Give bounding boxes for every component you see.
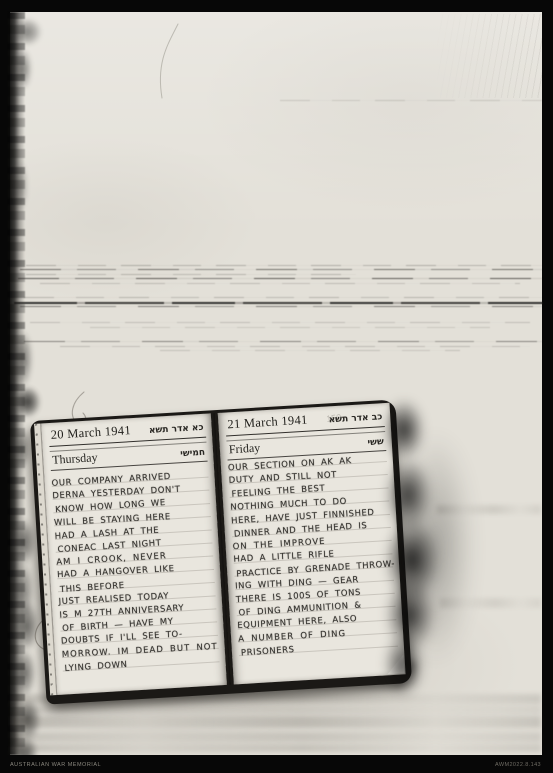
handwriting-left: OUR COMPANY ARRIVED DERNA YESTERDAY DON'… — [51, 469, 219, 676]
scan-frame: 20 March 1941 כא אדר תשא Thursday חמישי … — [0, 0, 553, 773]
photocopy-streak — [14, 302, 543, 304]
photocopy-streak — [18, 278, 543, 279]
toner-blob — [13, 518, 36, 566]
ghost-mark: 150 — [326, 412, 342, 424]
toner-blob — [12, 18, 42, 46]
photocopy-streak — [24, 297, 543, 298]
handwriting-right: OUR SECTION ON AK AK DUTY AND STILL NOT … — [228, 453, 398, 660]
photocopy-streak — [418, 14, 542, 98]
hebrew-date-left: כא אדר תשא — [149, 423, 204, 436]
toner-blob — [13, 648, 36, 698]
photocopy-streak — [40, 283, 520, 284]
hebrew-day-left: חמישי — [180, 448, 205, 459]
toner-band — [12, 732, 541, 742]
photocopy-streak — [280, 100, 542, 101]
diary-page-right: 21 March 1941 כב אדר תשא 150 Friday ששי … — [218, 403, 406, 685]
photocopy-streak — [90, 327, 490, 328]
photocopy-streak — [20, 269, 543, 270]
toner-blob — [13, 428, 31, 470]
photocopy-streak — [24, 341, 543, 342]
diary-page-left: 20 March 1941 כא אדר תשא Thursday חמישי … — [41, 413, 227, 695]
date-left: 20 March 1941 — [50, 423, 131, 443]
frame-caption-band: AUSTRALIAN WAR MEMORIAL AWM2022.8.143 — [0, 755, 553, 773]
photocopy-streak — [160, 350, 460, 351]
archive-credit: AUSTRALIAN WAR MEMORIAL — [10, 762, 101, 768]
toner-smudge — [384, 400, 444, 696]
toner-blob — [13, 160, 28, 212]
photocopy-streak — [30, 322, 530, 323]
photocopy-streak — [26, 265, 543, 266]
date-right: 21 March 1941 — [227, 413, 308, 433]
toner-blob — [14, 386, 41, 418]
toner-blob — [14, 48, 32, 90]
diary-book: 20 March 1941 כא אדר תשא Thursday חמישי … — [30, 399, 412, 704]
toner-band — [12, 744, 541, 752]
toner-band — [12, 706, 541, 714]
toner-blob — [14, 600, 39, 652]
photocopy-streak — [20, 306, 543, 307]
toner-band — [12, 716, 541, 728]
photocopy-streak — [60, 346, 530, 347]
hebrew-day-right: ששי — [367, 437, 384, 448]
day-right: Friday — [228, 441, 260, 458]
photocopy-streak — [26, 274, 356, 275]
toner-blob — [13, 330, 33, 388]
archive-reference: AWM2022.8.143 — [495, 762, 541, 768]
day-left: Thursday — [52, 450, 98, 468]
